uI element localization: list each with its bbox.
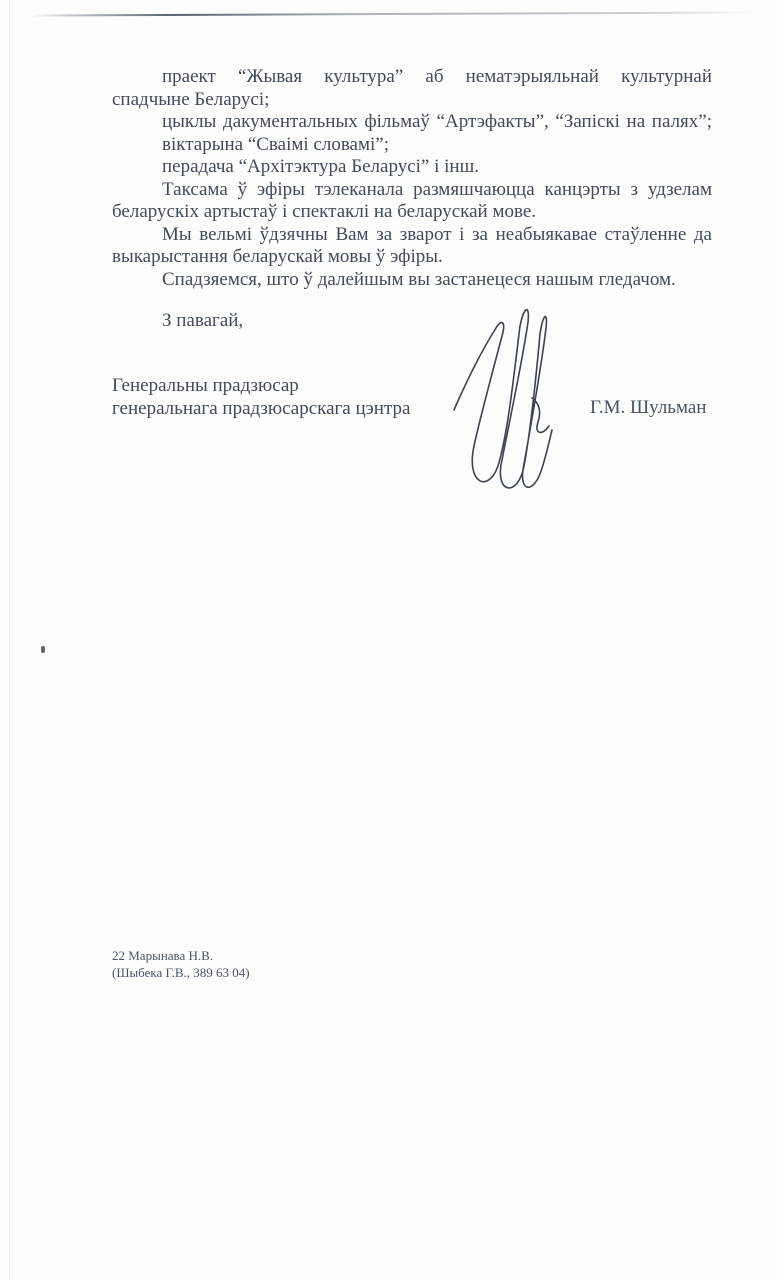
- scan-artifact-speck: [41, 646, 45, 653]
- signer-name: Г.М. Шульман: [590, 397, 706, 420]
- signer-role-line2: генеральнага прадзюсарскага цэнтра: [112, 398, 410, 421]
- body-line: беларускіх артыстаў і спектаклі на белар…: [112, 201, 712, 224]
- scan-artifact-fold-line: [9, 0, 10, 1280]
- signer-role-line1: Генеральны прадзюсар: [112, 375, 410, 398]
- closing-salutation: З павагай,: [162, 310, 243, 333]
- footer-note: 22 Марынава Н.В. (Шыбека Г.В., 389 63 04…: [112, 948, 250, 981]
- scan-artifact-top-line: [30, 11, 758, 16]
- scanned-letter-page: праект “Жывая культура” аб нематэрыяльна…: [0, 0, 777, 1280]
- body-line: перадача “Архітэктура Беларусі” і інш.: [112, 156, 712, 179]
- body-line: праект “Жывая культура” аб нематэрыяльна…: [112, 66, 712, 89]
- body-line: Таксама ў эфіры тэлеканала размяшчаюцца …: [112, 179, 712, 202]
- body-line: віктарына “Сваімі словамі”;: [112, 134, 712, 157]
- body-line: Спадзяемся, што ў далейшым вы застанецес…: [112, 269, 712, 292]
- body-line: Мы вельмі ўдзячны Вам за зварот і за неа…: [112, 224, 712, 247]
- body-line: спадчыне Беларусі;: [112, 89, 712, 112]
- footer-note-line2: (Шыбека Г.В., 389 63 04): [112, 965, 250, 982]
- footer-note-line1: 22 Марынава Н.В.: [112, 948, 250, 965]
- handwritten-signature-icon: [448, 298, 570, 503]
- body-line: выкарыстання беларускай мовы ў эфіры.: [112, 246, 712, 269]
- body-line: цыклы дакументальных фільмаў “Артэфакты”…: [112, 111, 712, 134]
- letter-body: праект “Жывая культура” аб нематэрыяльна…: [112, 66, 712, 291]
- signer-role: Генеральны прадзюсар генеральнага прадзю…: [112, 375, 410, 420]
